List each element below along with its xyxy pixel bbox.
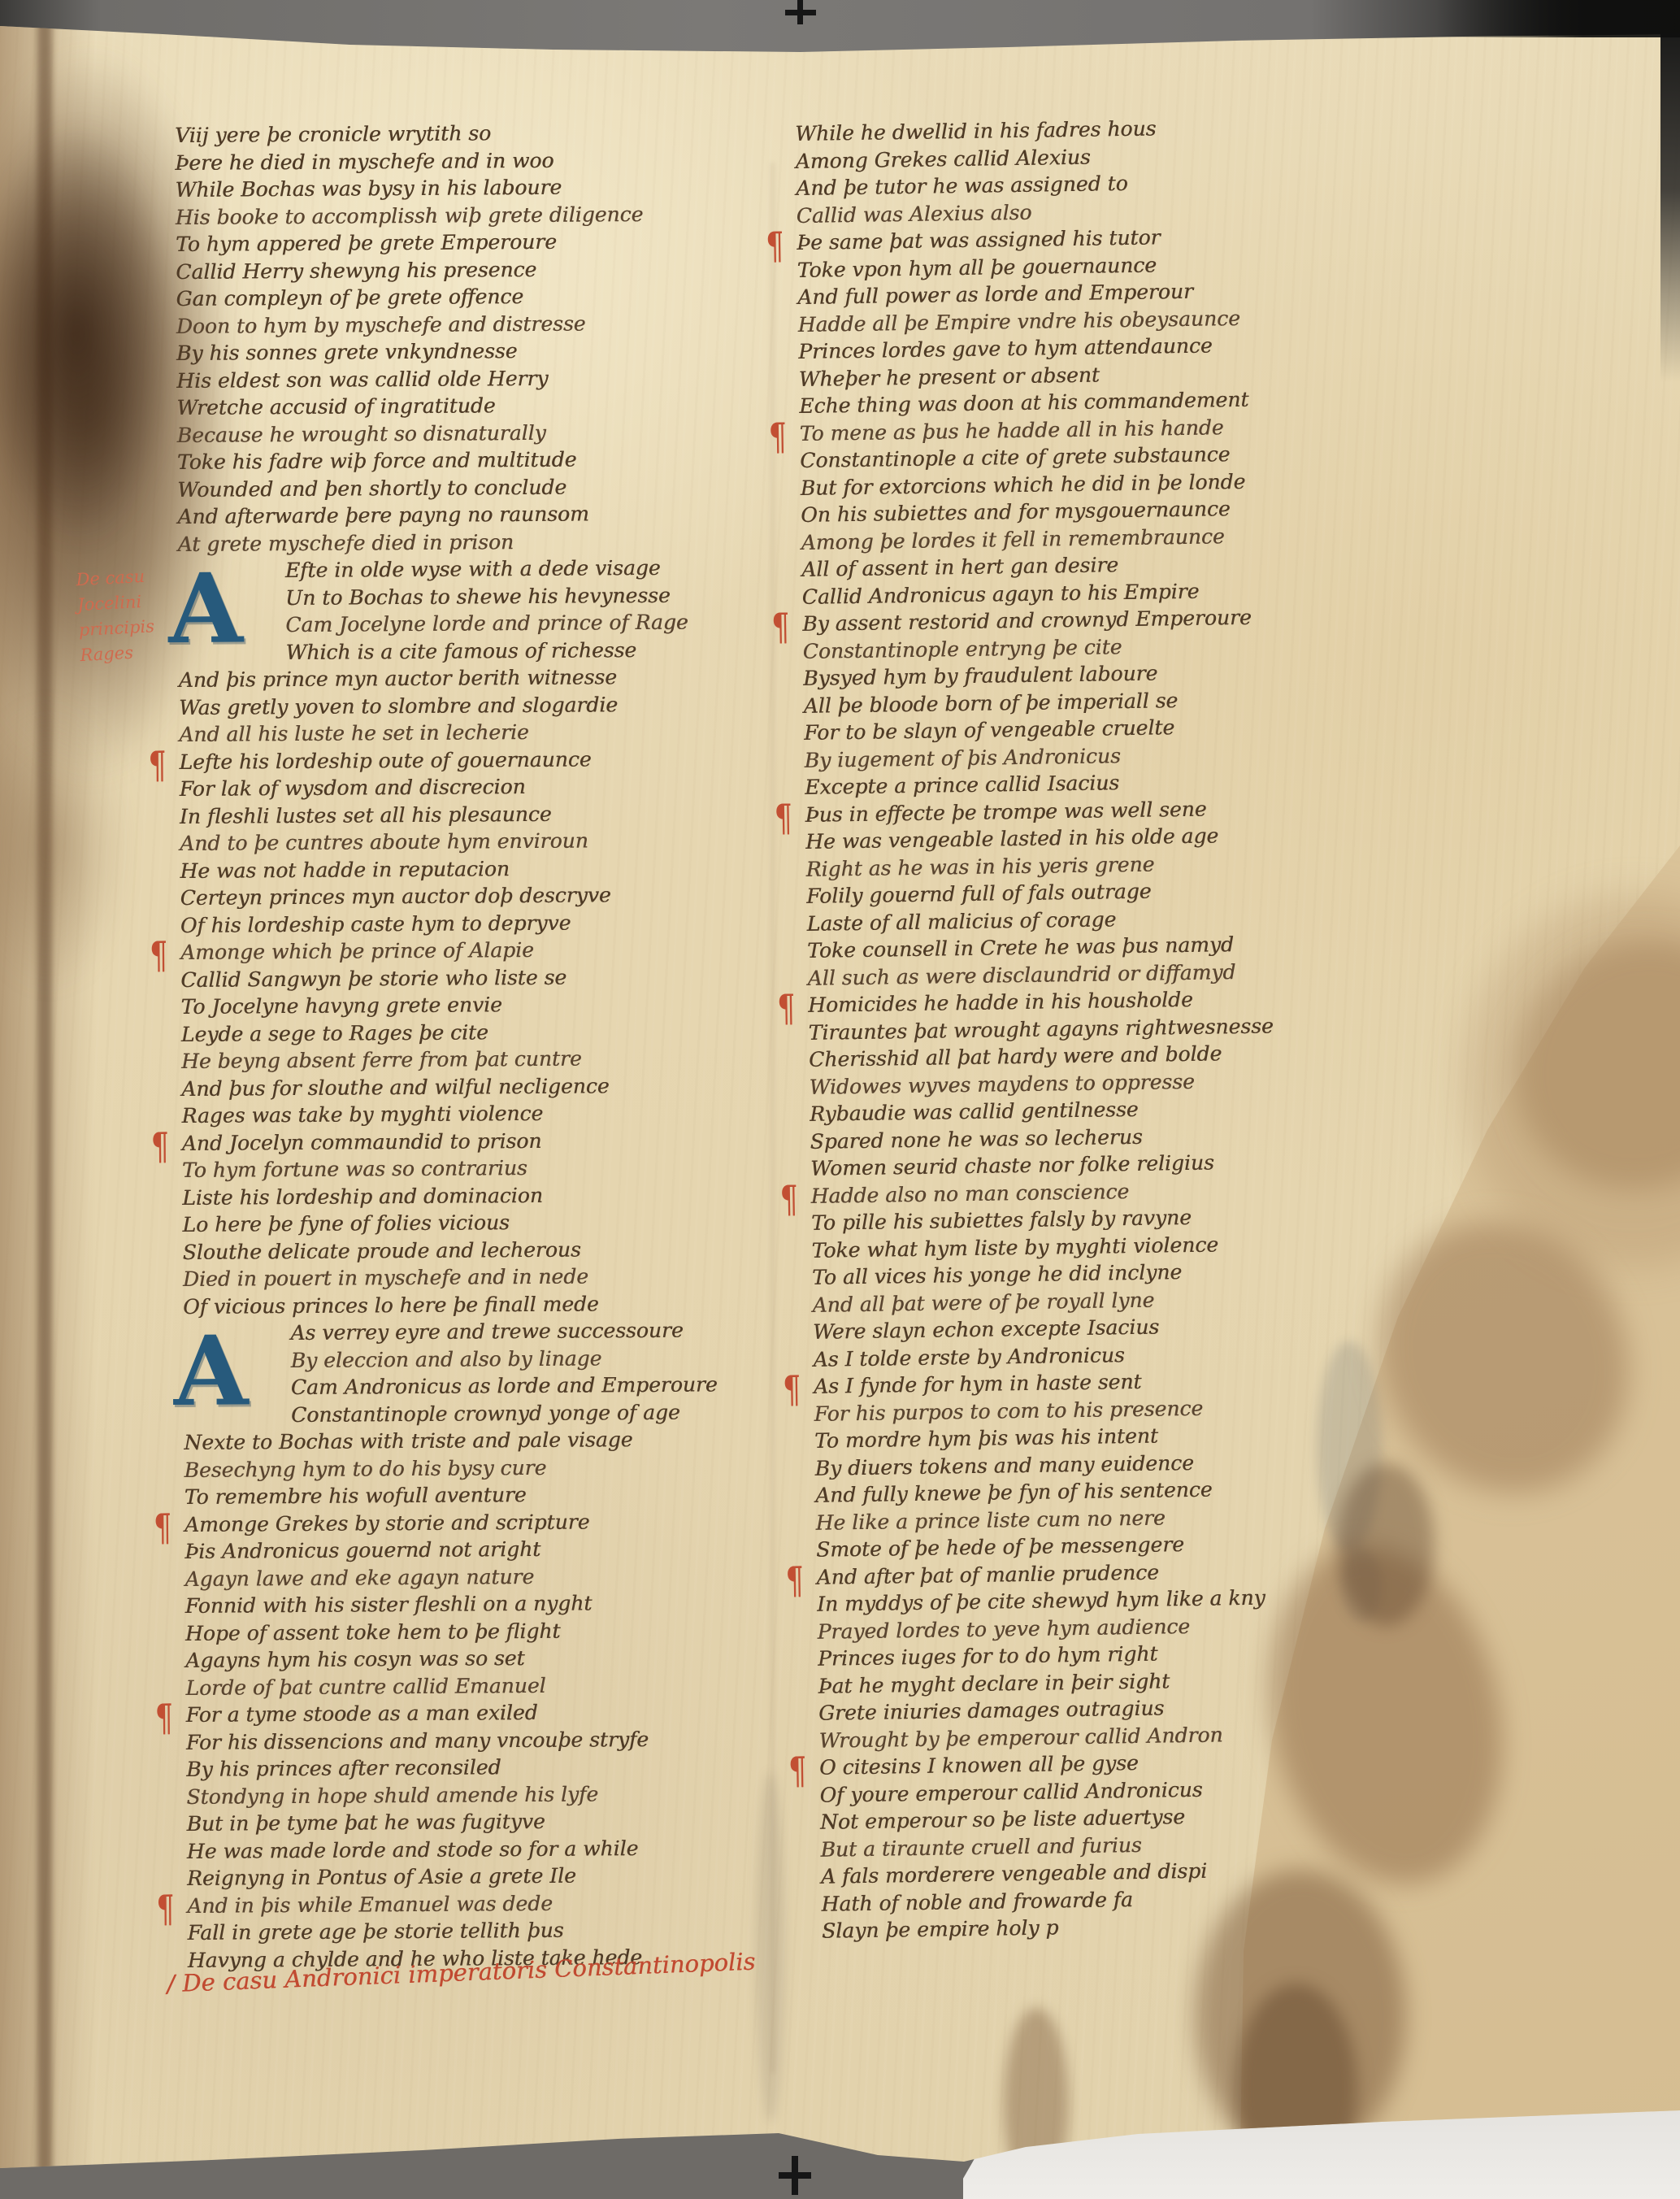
text-line: ¶Amonge which þe prince of Alapie <box>180 935 798 967</box>
paraph-mark: ¶ <box>155 1700 173 1737</box>
text-line: By his sonnes grete vnkyndnesse <box>176 336 794 367</box>
page-edge-shadow-right <box>1660 33 1680 382</box>
text-line: Þis Andronicus gouernd not aright <box>184 1534 802 1566</box>
paraph-mark: ¶ <box>151 1128 169 1166</box>
text-line: But in þe tyme þat he was fugityve <box>187 1806 805 1838</box>
text-column-left: Viij yere þe cronicle wrytith soÞere he … <box>175 118 805 1974</box>
text-line: Leyde a sege to Rages þe cite <box>181 1016 799 1048</box>
text-line: Lorde of þat cuntre callid Emanuel <box>185 1670 803 1701</box>
paraph-mark: ¶ <box>779 1181 797 1219</box>
margin-note: De casuJoceliniprincipisRages <box>76 563 178 668</box>
text-line: And þus for slouthe and wilful necligenc… <box>181 1071 799 1102</box>
text-line: Was gretly yoven to slombre and slogardi… <box>179 689 797 721</box>
paraph-mark: ¶ <box>771 609 789 646</box>
text-line: ¶Lefte his lordeship oute of gouernaunce <box>179 744 797 776</box>
text-line: For his dissencions and many vncouþe str… <box>186 1724 804 1756</box>
text-line: While Bochas was bysy in his laboure <box>175 172 792 204</box>
paraph-mark: ¶ <box>774 800 792 837</box>
text-line: To remembre his wofull aventure <box>184 1480 802 1511</box>
text-line: Agayns hym his cosyn was so set <box>185 1643 803 1675</box>
text-line: Callid Sangwyn þe storie who liste se <box>180 962 798 993</box>
paraph-mark: ¶ <box>777 990 795 1028</box>
text-line: Viij yere þe cronicle wrytith so <box>175 118 792 150</box>
text-line: Wretche accusid of ingratitude <box>176 390 794 422</box>
text-line: For lak of wysdom and discrecion <box>180 771 797 803</box>
text-line: Besechyng hym to do his bysy cure <box>184 1452 801 1484</box>
text-line: Lo here þe fyne of folies vicious <box>182 1207 800 1239</box>
text-line: By his princes after reconsiled <box>186 1752 804 1784</box>
text-line: Un to Bochas to shewe his hevynesse <box>285 580 796 611</box>
text-line: To hym appered þe grete Emperoure <box>176 227 793 259</box>
gutter-crease <box>37 0 52 2199</box>
paraph-mark: ¶ <box>148 747 166 784</box>
paraph-mark: ¶ <box>154 1510 171 1547</box>
text-line: At grete myschefe died in prison <box>178 526 796 558</box>
text-line: He beyng absent ferre from þat cuntre <box>181 1044 799 1076</box>
text-line: And afterwarde þere payng no raunsom <box>177 499 795 531</box>
text-line: ¶For a tyme stoode as a man exiled <box>186 1697 804 1729</box>
text-line: Because he wrought so disnaturally <box>177 417 795 449</box>
decorated-initial: A <box>173 1323 248 1419</box>
text-line: He was not hadde in reputacion <box>180 853 797 884</box>
paraph-mark: ¶ <box>785 1562 803 1600</box>
registration-cross-icon-top <box>785 0 816 24</box>
decorated-initial: A <box>168 560 243 657</box>
text-line: As verrey eyre and trewe successoure <box>290 1316 801 1347</box>
text-line: Certeyn princes myn auctor doþ descryve <box>180 880 798 912</box>
text-line: ¶And in þis while Emanuel was dede <box>187 1888 805 1919</box>
text-line: Toke his fadre wiþ force and multitude <box>177 445 795 476</box>
paraph-mark: ¶ <box>766 228 784 265</box>
photo-corner-top-right <box>1436 0 1680 37</box>
text-line: Gan compleyn of þe grete offence <box>176 281 793 313</box>
text-line: To Jocelyne havyng grete envie <box>180 989 798 1021</box>
paraph-mark: ¶ <box>788 1753 806 1790</box>
text-line: In fleshli lustes set all his plesaunce <box>180 798 797 830</box>
paraph-mark: ¶ <box>768 419 786 456</box>
cross-bar <box>797 0 803 24</box>
text-line: Rages was take by myghti violence <box>181 1098 799 1130</box>
paraph-mark: ¶ <box>783 1371 801 1409</box>
text-line: His eldest son was callid olde Herry <box>176 363 794 394</box>
text-line: His booke to accomplissh wiþ grete dilig… <box>176 199 793 231</box>
paraph-mark: ¶ <box>150 937 167 975</box>
paraph-mark: ¶ <box>156 1891 174 1928</box>
text-line: Agayn lawe and eke agayn nature <box>184 1561 802 1593</box>
text-line: Hope of assent toke hem to þe flight <box>185 1615 803 1647</box>
text-line: Wounded and þen shortly to conclude <box>177 472 795 503</box>
text-line: Nexte to Bochas with triste and pale vis… <box>184 1425 801 1457</box>
text-line: Cam Jocelyne lorde and prince of Rage <box>285 608 796 639</box>
text-line: ¶And Jocelyn commaundid to prison <box>182 1125 800 1157</box>
margin-note-line: Rages <box>80 638 178 668</box>
text-line: Doon to hym by myschefe and distresse <box>176 308 794 340</box>
text-line: And to þe cuntres aboute hym enviroun <box>180 826 797 858</box>
text-line: ¶Amonge Grekes by storie and scripture <box>184 1506 802 1538</box>
text-line: And all his luste he set in lecherie <box>179 717 797 749</box>
text-line: Þere he died in myschefe and in woo <box>175 145 792 176</box>
text-line: Slouthe delicate proude and lecherous <box>183 1234 801 1266</box>
text-line: Liste his lordeship and dominacion <box>182 1180 800 1211</box>
text-line: Of his lordeship caste hym to depryve <box>180 907 798 939</box>
text-line: To hym fortune was so contrarius <box>182 1153 800 1184</box>
manuscript-photo: Viij yere þe cronicle wrytith soÞere he … <box>0 0 1680 2199</box>
text-line: Which is a cite famous of richesse <box>285 635 796 666</box>
text-line: Died in pouert in myschefe and in nede <box>183 1262 801 1293</box>
text-line: He was made lorde and stode so for a whi… <box>187 1833 805 1865</box>
text-line: And þis prince myn auctor berith witness… <box>179 663 797 694</box>
text-line: Of vicious princes lo here þe finall med… <box>183 1289 801 1320</box>
text-line: Constantinople crownyd yonge of age <box>291 1397 801 1428</box>
text-line: Efte in olde wyse with a dede visage <box>285 554 796 585</box>
text-line: Reignyng in Pontus of Asie a grete Ile <box>187 1861 805 1893</box>
text-line: Callid Herry shewyng his presence <box>176 254 793 285</box>
registration-cross-icon-bottom <box>779 2156 811 2195</box>
parchment-page: Viij yere þe cronicle wrytith soÞere he … <box>0 0 1680 2199</box>
text-line: Fonnid with his sister fleshli on a nygh… <box>185 1588 803 1620</box>
cross-bar <box>792 2156 798 2195</box>
text-line: By eleccion and also by linage <box>291 1343 801 1374</box>
text-column-right: While he dwellid in his fadres housAmong… <box>795 108 1643 1945</box>
text-line: Stondyng in hope shuld amende his lyfe <box>186 1779 804 1810</box>
text-line: Cam Andronicus as lorde and Emperoure <box>291 1371 801 1402</box>
text-line: Fall in grete age þe storie tellith þus <box>187 1915 805 1947</box>
